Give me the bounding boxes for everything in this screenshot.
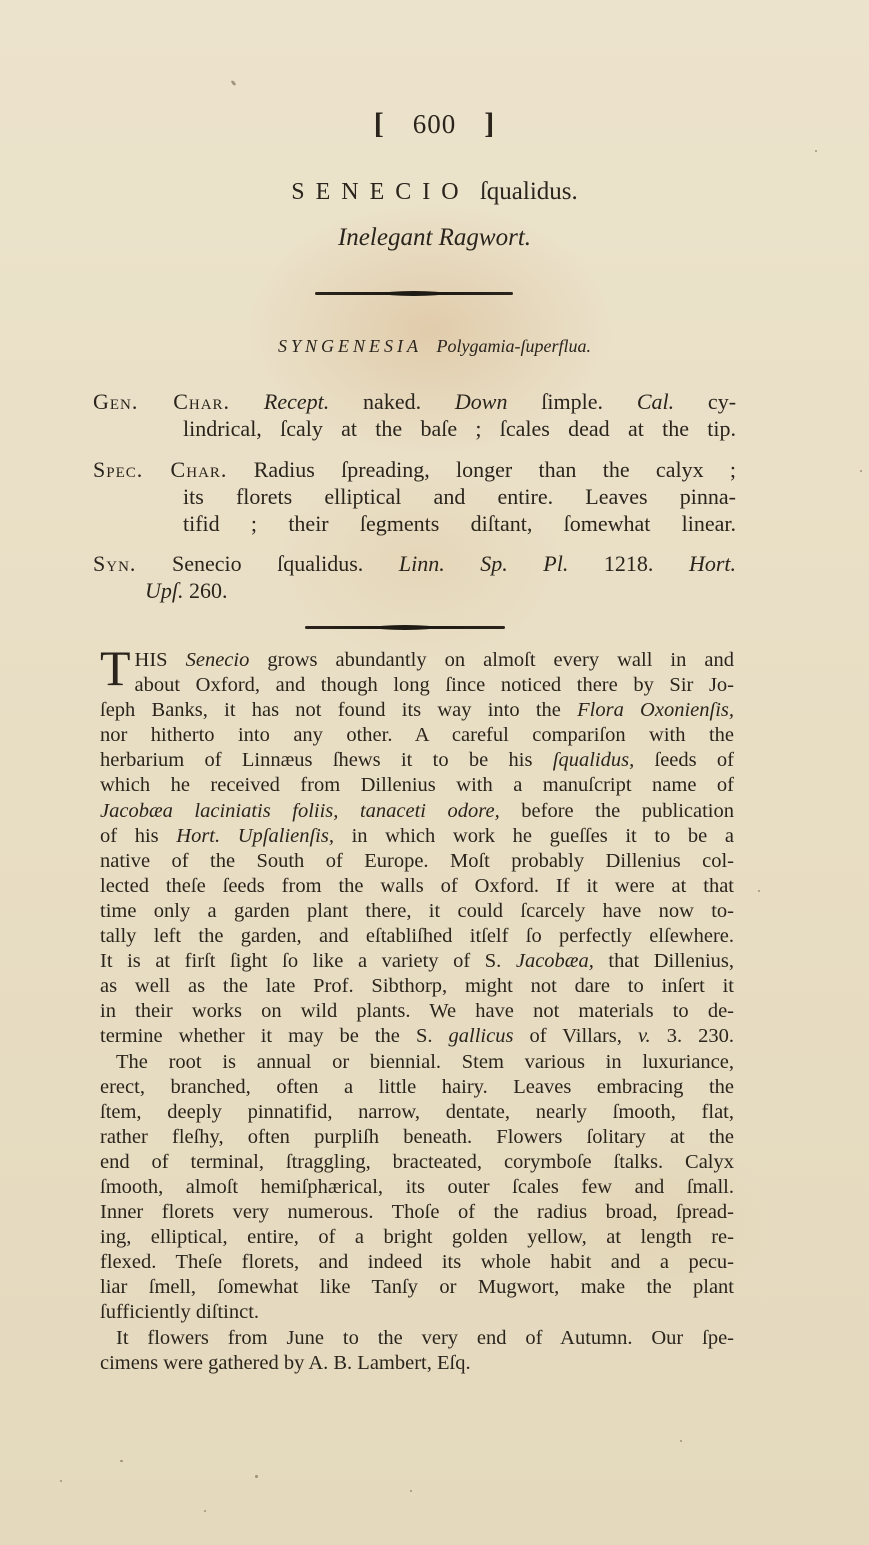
body-text: It is at firſt ſight ſo like a variety o…	[100, 950, 516, 972]
body-line: ſmooth, almoſt hemiſphærical, its outer …	[100, 1175, 734, 1200]
body-italic: gallicus	[449, 1025, 514, 1047]
body-italic: Flora Oxonienſis,	[577, 699, 734, 721]
body-italic: Hort. Upſalienſis,	[176, 825, 334, 847]
common-name: Inelegant Ragwort.	[0, 224, 869, 252]
body-line: ſeph Banks, it has not found its way int…	[100, 698, 734, 723]
body-italic: ſqualidus,	[553, 749, 634, 771]
body-text: grows abundantly on almoſt every wall in…	[249, 649, 734, 671]
linnaean-classification: SYNGENESIA Polygamia-ſuperflua.	[0, 336, 869, 357]
syn-citation: Linn. Sp. Pl.	[399, 551, 569, 576]
body-line: termine whether it may be the S. gallicu…	[100, 1024, 734, 1049]
body-line: end of terminal, ſtraggling, bracteated,…	[100, 1150, 734, 1175]
synonymy: Syn. Senecio ſqualidus. Linn. Sp. Pl. 12…	[93, 550, 736, 604]
body-line: It is at firſt ſight ſo like a variety o…	[100, 949, 734, 974]
body-line: Jacobæa laciniatis foliis, tanaceti odor…	[100, 799, 734, 824]
body-line: erect, branched, often a little hairy. L…	[100, 1075, 734, 1100]
body-italic: Jacobæa,	[516, 950, 594, 972]
syn-citation: Upſ.	[145, 578, 184, 603]
gen-char-label: Gen. Char.	[93, 389, 230, 414]
syn-text: 1218.	[568, 551, 689, 576]
order-name: Polygamia-ſuperflua.	[437, 336, 591, 356]
body-italic: Senecio	[186, 649, 250, 671]
bracket-close: ]	[484, 107, 495, 140]
syn-citation: Hort.	[689, 551, 736, 576]
spec-char-line-1: Spec. Char. Radius ſpreading, longer tha…	[93, 456, 736, 483]
description-body: T HIS Senecio grows abundantly on almoſt…	[100, 648, 734, 1376]
gen-char-text: cy-	[674, 389, 736, 414]
gen-char-text: naked.	[329, 389, 455, 414]
body-line: of his Hort. Upſalienſis, in which work …	[100, 824, 734, 849]
gen-char-text: Down	[455, 389, 508, 414]
body-line: rather fleſhy, often purpliſh beneath. F…	[100, 1125, 734, 1150]
bracket-open: [	[374, 107, 385, 140]
body-line: which he received from Dillenius with a …	[100, 773, 734, 798]
ornamental-rule-divider	[305, 626, 505, 629]
class-name: SYNGENESIA	[278, 336, 422, 356]
body-line: Inner florets very numerous. Thoſe of th…	[100, 1200, 734, 1225]
syn-text: 260.	[184, 578, 228, 603]
body-line: herbarium of Linnæus ſhews it to be his …	[100, 748, 734, 773]
body-text: ſeeds of	[634, 749, 734, 771]
body-text: of his	[100, 825, 176, 847]
syn-label: Syn.	[93, 551, 136, 576]
drop-cap: T	[100, 648, 131, 688]
page-number-value: 600	[413, 109, 457, 139]
body-text: HIS	[135, 649, 186, 671]
gen-char-line-2: lindrical, ſcaly at the baſe ; ſcales de…	[93, 415, 736, 442]
body-line: native of the South of Europe. Moſt prob…	[100, 849, 734, 874]
body-line: ſtem, deeply pinnatifid, narrow, dentate…	[100, 1100, 734, 1125]
body-italic: v.	[638, 1025, 651, 1047]
body-line: HIS Senecio grows abundantly on almoſt e…	[100, 648, 734, 673]
body-text: 3. 230.	[651, 1025, 734, 1047]
spec-char-text: Radius ſpreading, longer than the calyx …	[254, 457, 736, 482]
gen-char-text: Cal.	[637, 389, 674, 414]
syn-line-2: Upſ. 260.	[93, 577, 736, 604]
body-italic: Jacobæa laciniatis foliis, tanaceti odor…	[100, 800, 500, 822]
ornamental-rule-divider	[315, 292, 513, 295]
body-text: that Dillenius,	[594, 950, 734, 972]
body-line: cimens were gathered by A. B. Lambert, E…	[100, 1351, 734, 1376]
spec-char-line-3: tifid ; their ſegments diſtant, ſomewhat…	[93, 510, 736, 537]
spec-char-label: Spec. Char.	[93, 457, 227, 482]
body-line: about Oxford, and though long ſince noti…	[100, 673, 734, 698]
body-line: time only a garden plant there, it could…	[100, 899, 734, 924]
gen-char-text: ſimple.	[507, 389, 636, 414]
syn-line-1: Syn. Senecio ſqualidus. Linn. Sp. Pl. 12…	[93, 550, 736, 577]
document-page: [600] SENECIO ſqualidus. Inelegant Ragwo…	[0, 0, 869, 1545]
gen-char-text: Recept.	[264, 389, 329, 414]
body-line: ſufficiently diſtinct.	[100, 1300, 734, 1325]
body-line: as well as the late Prof. Sibthorp, migh…	[100, 974, 734, 999]
body-text: before the publication	[500, 800, 734, 822]
syn-text: Senecio ſqualidus.	[172, 551, 363, 576]
body-line: tally left the garden, and eſtabliſhed i…	[100, 924, 734, 949]
species-title: SENECIO ſqualidus.	[0, 178, 869, 206]
body-line: It flowers from June to the very end of …	[100, 1326, 734, 1351]
body-line: nor hitherto into any other. A careful c…	[100, 723, 734, 748]
genus-name: SENECIO	[291, 179, 469, 205]
body-text: in which work he gueſſes it to be a	[334, 825, 734, 847]
generic-character: Gen. Char. Recept. naked. Down ſimple. C…	[93, 388, 736, 442]
specific-character: Spec. Char. Radius ſpreading, longer tha…	[93, 456, 736, 537]
body-line: ing, elliptical, entire, of a bright gol…	[100, 1225, 734, 1250]
body-line: lected theſe ſeeds from the walls of Oxf…	[100, 874, 734, 899]
page-number: [600]	[0, 107, 869, 141]
body-text: of Villars,	[513, 1025, 638, 1047]
body-text: termine whether it may be the S.	[100, 1025, 449, 1047]
body-line: liar ſmell, ſomewhat like Tanſy or Mugwo…	[100, 1275, 734, 1300]
body-line: in their works on wild plants. We have n…	[100, 999, 734, 1024]
spec-char-line-2: its florets elliptical and entire. Leave…	[93, 483, 736, 510]
species-name: ſqualidus.	[480, 178, 578, 205]
body-line: The root is annual or biennial. Stem var…	[100, 1050, 734, 1075]
body-line: flexed. Theſe florets, and indeed its wh…	[100, 1250, 734, 1275]
body-text: herbarium of Linnæus ſhews it to be his	[100, 749, 553, 771]
body-text: ſeph Banks, it has not found its way int…	[100, 699, 577, 721]
gen-char-line-1: Gen. Char. Recept. naked. Down ſimple. C…	[93, 388, 736, 415]
